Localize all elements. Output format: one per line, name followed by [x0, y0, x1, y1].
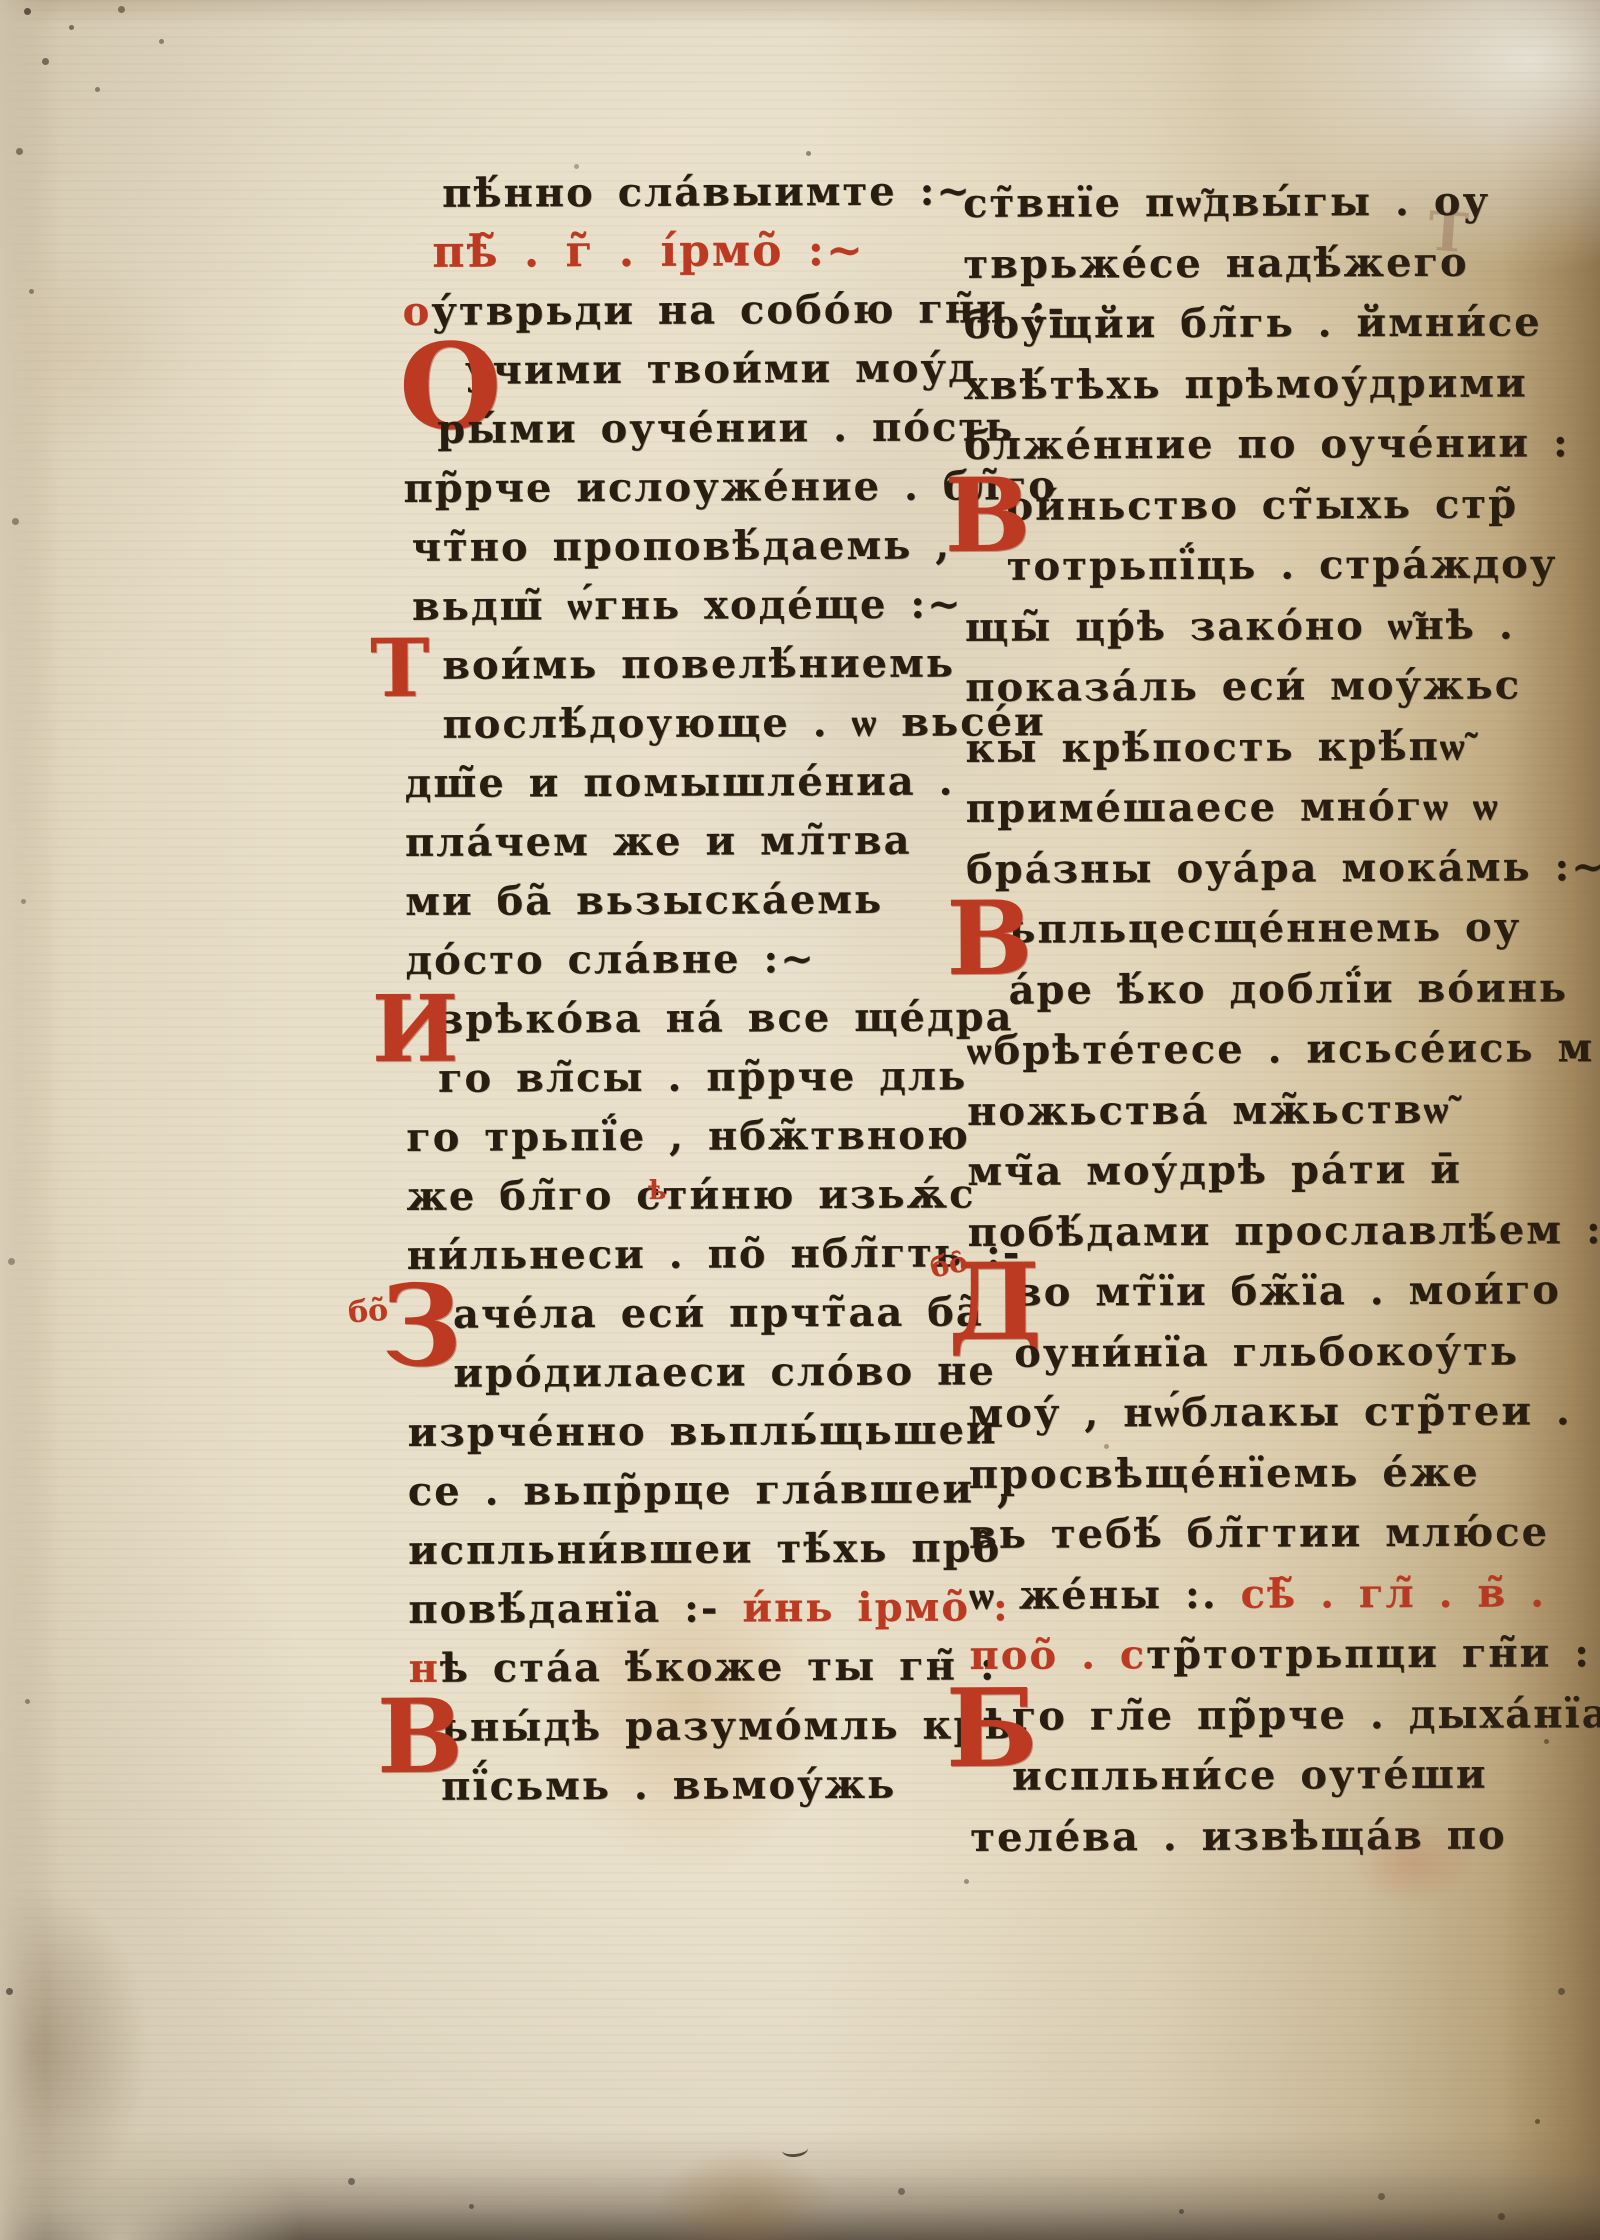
body-text: оуни́нïа гльбокоу́ть — [1014, 1328, 1519, 1377]
drop-cap-initial: Т — [370, 636, 432, 702]
body-text: аче́ла еси́ прчт̃аа ба̃ , — [453, 1288, 1023, 1337]
body-text: тотрьпḯць . стра́ждоу — [1007, 540, 1558, 589]
body-text: тр̃тотрьпци гн̃и : — [1146, 1629, 1591, 1678]
body-text: го трьпḯе , нбж̃твною — [406, 1112, 970, 1161]
text-line: ры́ми оуче́нии . по́сть — [437, 401, 1014, 464]
body-text: вои́мь повелѣ́ниемь — [442, 640, 955, 689]
body-text: го гл̃е пр̃рче . дыха́нïа — [1012, 1690, 1600, 1740]
scribal-bottom-mark — [781, 2141, 808, 2159]
text-line: приме́шаесе мно́гѡ ѡ — [966, 781, 1500, 843]
text-line: до́сто сла́вне :~ — [405, 933, 816, 995]
body-text: показа́ль еси́ моу́жьс — [965, 662, 1521, 711]
manuscript-page-photo: Т пѣ́нно сла́выимте :~пѣ̃ . г̃ . і́рмо̃ … — [0, 0, 1600, 2240]
text-line: блже́нние по оуче́нии : — [964, 417, 1570, 480]
torn-left-edge — [0, 0, 46, 2240]
text-line: пї́сьмь . вьмоу́жь — [441, 1759, 896, 1821]
text-line: мч̃а моу́дрѣ ра́ти ӣ — [967, 1144, 1462, 1206]
body-text: бра́зны оуа́ра мока́мь :~ — [966, 843, 1600, 893]
body-text: зрѣко́ва на́ все ще́дра — [438, 993, 1014, 1043]
text-line: кы крѣ́пость крѣ́пѡ̃ — [965, 721, 1466, 783]
text-line: ст̃внïе пѡ̃двы́гы . оу — [963, 176, 1490, 238]
text-line: ми ба̃ вьзыска́емь — [405, 874, 883, 936]
body-text: побѣ́дами прославлѣ́ем : — [967, 1206, 1600, 1256]
body-text: се . вьпр̃рце гла́вшеи , — [408, 1465, 1013, 1515]
text-line: го вл̃сы . пр̃рче дль — [438, 1051, 967, 1113]
text-line: хвѣ́тѣхь прѣмоу́дрими — [964, 358, 1528, 420]
body-text: ѡ же́ны :. — [969, 1571, 1241, 1619]
body-text: кы крѣ́пость крѣ́пѡ̃ — [965, 723, 1466, 772]
body-text: иро́дилаеси сло́во не — [453, 1347, 996, 1396]
margin-gloss: ѣ — [648, 1176, 666, 1206]
text-line: теле́ва . извѣща́в по — [970, 1810, 1507, 1872]
text-line: бра́зны оуа́ра мока́мь :~ — [966, 841, 1600, 904]
text-line: чт̃но проповѣ́даемь , — [412, 520, 952, 582]
body-text: дш̃е и помышле́ниа . — [405, 758, 955, 807]
text-line: Вьны́дѣ разумо́мль крѣ — [441, 1699, 1014, 1761]
text-line: Вои́ньство ст̃ыхь стр̃ — [1006, 479, 1518, 541]
body-text: ножьства́ мж̃ьствѡ̃ — [967, 1086, 1450, 1135]
text-line: пѣ̃ . г̃ . і́рмо̃ :~ — [432, 225, 865, 287]
body-text: чт̃но проповѣ́даемь , — [412, 522, 952, 571]
body-text: приме́шаесе мно́гѡ ѡ — [966, 783, 1500, 832]
body-text: пї́сьмь . вьмоу́жь — [441, 1761, 896, 1810]
text-line: изрче́нно вьпль́щьшеи — [407, 1404, 997, 1467]
body-text: повѣ́данïа :- — [408, 1585, 742, 1633]
body-text: ѣ ста́а ѣ́коже ты гн̃ : — [440, 1642, 997, 1691]
body-text: теле́ва . извѣща́в по — [970, 1812, 1507, 1861]
text-line: тврьже́се надѣ́жего — [963, 237, 1469, 299]
body-text: во мт̃ïи бж̃ïа . мои́го — [1014, 1266, 1561, 1315]
drop-cap-initial: З — [381, 1281, 464, 1373]
body-text: ьны́дѣ разумо́мль крѣ — [441, 1701, 1014, 1750]
body-text: хвѣ́тѣхь прѣмоу́дрими — [964, 360, 1528, 409]
body-text: ои́ньство ст̃ыхь стр̃ — [1006, 481, 1518, 530]
text-line: Оу́чими твои́ми моу́д — [465, 342, 977, 404]
text-line: се . вьпр̃рце гла́вшеи , — [408, 1463, 1013, 1526]
body-text: испльни́се оуте́ши — [1012, 1751, 1488, 1800]
body-text: а́ре ѣ́ко доблḯи во́инь — [1008, 964, 1568, 1013]
text-line: дш̃е и помышле́ниа . — [405, 756, 955, 818]
text-line: иро́дилаеси сло́во не — [453, 1345, 996, 1407]
text-line: показа́ль еси́ моу́жьс — [965, 660, 1521, 722]
body-text: моу́ , нѡ́блакы стр̃теи . — [968, 1387, 1572, 1437]
body-text: тврьже́се надѣ́жего — [963, 239, 1468, 288]
body-text: вь тебѣ́ бл̃гтии млю́се — [969, 1508, 1549, 1558]
body-text: у́чими твои́ми моу́д — [465, 344, 977, 393]
body-text: блже́нние по оуче́нии : — [964, 419, 1570, 469]
body-text: го вл̃сы . пр̃рче дль — [438, 1053, 967, 1102]
text-line: а́ре ѣ́ко доблḯи во́инь — [1008, 962, 1568, 1024]
rubric-text: сѣ̃ . гл̃ . в̃ . — [1241, 1569, 1547, 1617]
body-text: боу́щйи бл̃гь . ймни́се — [964, 298, 1542, 348]
body-text: же бл̃го сти́ню изьѫ́с — [406, 1171, 975, 1220]
text-line: просвѣще́нïемь е́же — [969, 1447, 1480, 1509]
text-line: Твои́мь повелѣ́ниемь — [442, 638, 955, 700]
body-text: просвѣще́нïемь е́же — [969, 1449, 1480, 1498]
text-line: послѣ́доующе . ѡ вьсе́и — [442, 696, 1045, 759]
text-line: Вьпльцесще́ннемь оу — [1008, 902, 1521, 964]
rubric-text: с — [1120, 1631, 1147, 1678]
body-text: до́сто сла́вне :~ — [405, 935, 815, 984]
body-text: пла́чем же и мл̃тва — [405, 817, 912, 866]
text-line: побѣ́дами прославлѣ́ем : — [967, 1204, 1600, 1267]
text-line: щы̃ цр́ѣ зако́но ѡ̃нѣ . — [965, 600, 1515, 662]
text-line: нѣ ста́а ѣ́коже ты гн̃ : — [408, 1640, 996, 1703]
margin-gloss: бо̃ — [347, 1293, 389, 1331]
text-line: моу́ , нѡ́блакы стр̃теи . — [968, 1385, 1572, 1448]
body-text: ст̃внïе пѡ̃двы́гы . оу — [963, 178, 1490, 227]
text-line: пѣ́нно сла́выимте :~ — [442, 166, 972, 228]
body-text: ры́ми оуче́нии . по́сть — [437, 403, 1014, 453]
text-line: же бл̃го сти́ню изьѫ́с — [406, 1169, 975, 1231]
body-text: послѣ́доующе . ѡ вьсе́и — [442, 698, 1045, 748]
text-line: вьдш̃ ѡ́гнь ходе́ще :~ — [412, 579, 963, 641]
text-line: вь тебѣ́ бл̃гтии млю́се — [969, 1506, 1549, 1569]
body-text: вьдш̃ ѡ́гнь ходе́ще :~ — [412, 581, 963, 630]
body-text: мч̃а моу́дрѣ ра́ти ӣ — [967, 1146, 1462, 1195]
body-text: ьпльцесще́ннемь оу — [1008, 904, 1521, 953]
text-line: пла́чем же и мл̃тва — [405, 815, 912, 877]
text-line: ножьства́ мж̃ьствѡ̃ — [967, 1084, 1451, 1146]
text-line: Бго гл̃е пр̃рче . дыха́нïа — [1012, 1688, 1600, 1751]
text-line: испльни́се оуте́ши — [1012, 1749, 1488, 1811]
text-line: Дво мт̃ïи бж̃ïа . мои́го — [1014, 1264, 1561, 1326]
body-text: щы̃ цр́ѣ зако́но ѡ̃нѣ . — [965, 602, 1515, 651]
text-line: Изрѣко́ва на́ все ще́дра — [438, 991, 1014, 1054]
text-line: боу́щйи бл̃гь . ймни́се — [964, 296, 1542, 359]
body-text: изрче́нно вьпль́щьшеи — [407, 1406, 997, 1456]
text-line: Заче́ла еси́ прчт̃аа ба̃ , — [453, 1286, 1023, 1348]
paper-specks — [0, 0, 3, 3]
text-line: тотрьпḯць . стра́ждоу — [1007, 538, 1558, 600]
text-line: ѡ же́ны :. сѣ̃ . гл̃ . в̃ . — [969, 1567, 1546, 1630]
text-line: поо̃ . стр̃тотрьпци гн̃и : — [969, 1627, 1591, 1690]
text-line: го трьпḯе , нбж̃твною — [406, 1110, 970, 1172]
text-line: испльни́вшеи тѣ́хь про̃ — [408, 1522, 1001, 1585]
body-text: испльни́вшеи тѣ́хь про̃ — [408, 1524, 1001, 1574]
body-text: ѡбрѣте́тесе . исьсе́ись м — [967, 1024, 1595, 1074]
rubric-text: пѣ̃ . г̃ . і́рмо̃ :~ — [432, 225, 865, 278]
text-line: оуни́нïа гльбокоу́ть — [1014, 1326, 1519, 1388]
text-line: повѣ́данïа :- и́нь ірмо̃ : — [408, 1581, 1010, 1644]
text-line: ѡбрѣте́тесе . исьсе́ись м — [967, 1022, 1595, 1085]
body-text: пѣ́нно сла́выимте :~ — [442, 168, 972, 217]
body-text: ми ба̃ вьзыска́емь — [405, 876, 883, 925]
